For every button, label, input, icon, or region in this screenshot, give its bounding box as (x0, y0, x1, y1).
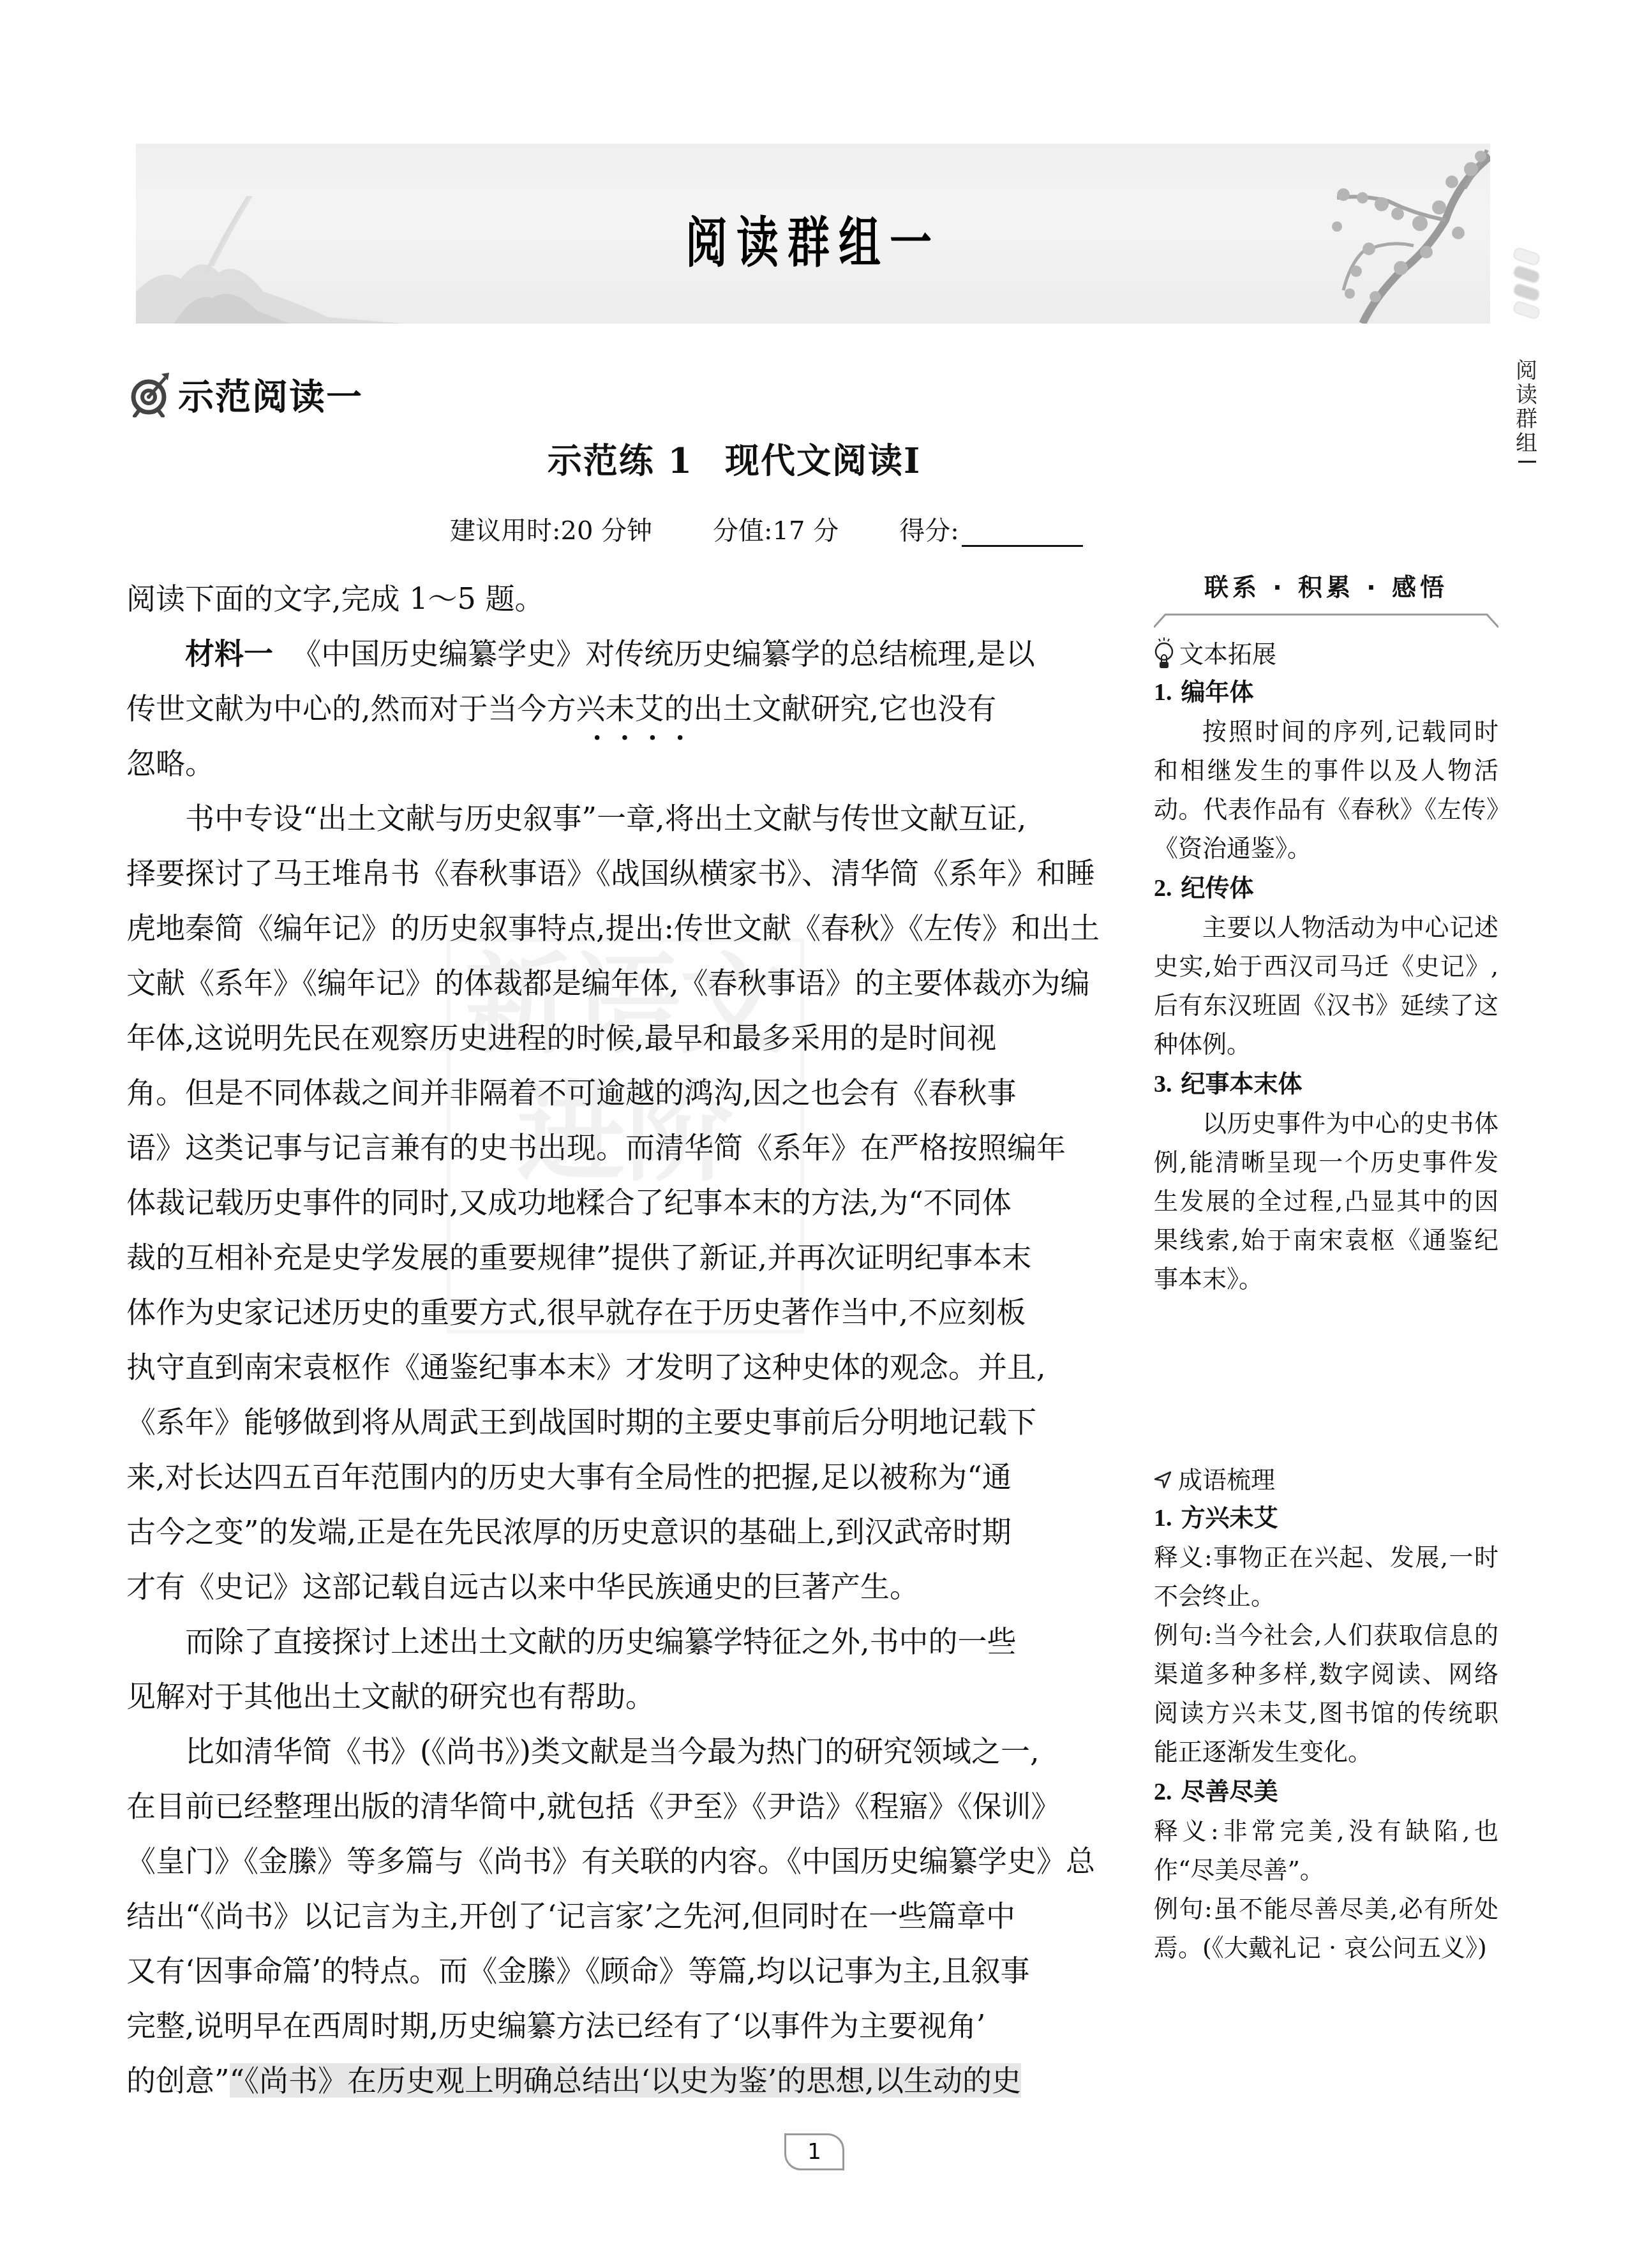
earned-score-field[interactable] (962, 522, 1083, 547)
note-title: 1.编年体 (1154, 672, 1498, 712)
paragraph-line: 而除了直接探讨上述出土文献的历史编纂学特征之外,书中的一些 (126, 1614, 1122, 1669)
side-tab-char: 阅 (1514, 359, 1539, 383)
note-body: 以历史事件为中心的史书体例,能清晰呈现一个历史事件发生发展的全过程,凸显其中的因… (1154, 1104, 1498, 1299)
idiom-meaning: 释义:非常完美,没有缺陷,也作“尽美尽善”。 (1154, 1812, 1498, 1890)
chapter-banner: 阅读群组一 (136, 144, 1490, 324)
note-number: 2. (1154, 875, 1172, 902)
idiom-example: 例句:当今社会,人们获取信息的渠道多种多样,数字阅读、网络阅读方兴未艾,图书馆的… (1154, 1616, 1498, 1772)
earned-score-label: 得分: (899, 516, 959, 546)
idiom-title-text: 尽善尽美 (1181, 1777, 1278, 1805)
note-title: 3.纪事本末体 (1154, 1064, 1498, 1104)
score-value: 分值:17 分 (713, 516, 839, 546)
reading-passage: 阅读下面的文字,完成 1～5 题。 材料一 《中国历史编纂学史》对传统历史编纂学… (126, 571, 1122, 2108)
paragraph-line: 传世文献为中心的,然而对于当今方兴未艾的出土文献研究,它也没有•••• (126, 681, 1122, 736)
idioms-heading: 成语梳理 (1154, 1462, 1498, 1498)
section-heading: 示范阅读一 (131, 369, 363, 420)
paragraph-line: 《系年》能够做到将从周武王到战国时期的主要史事前后分明地记载下 (126, 1394, 1122, 1449)
practice-subject: 现代文阅读Ⅰ (725, 440, 921, 481)
idiom-title-text: 方兴未艾 (1181, 1503, 1278, 1532)
send-arrow-icon (1154, 1470, 1173, 1489)
paragraph-line: 古今之变”的发端,正是在先民浓厚的历史意识的基础上,到汉武帝时期 (126, 1504, 1122, 1559)
highlighted-text: “《尚书》在历史观上明确总结出‘以史为鉴’的思想,以生动的史 (230, 2063, 1021, 2098)
instruction: 阅读下面的文字,完成 1～5 题。 (126, 571, 1122, 626)
paragraph-line: 比如清华简《书》(《尚书》)类文献是当今最为热门的研究领域之一, (126, 1724, 1122, 1779)
note-number: 1. (1154, 679, 1172, 706)
lightbulb-icon (1154, 638, 1174, 671)
paragraph-line: 体作为史家记述历史的重要方式,很早就存在于历史著作当中,不应刻板 (126, 1285, 1122, 1339)
note-body: 按照时间的序列,记载同时和相继发生的事件以及人物活动。代表作品有《春秋》《左传》… (1154, 712, 1498, 868)
note-title: 2.纪传体 (1154, 868, 1498, 908)
exercise-meta: 建议用时:20 分钟分值:17 分得分: (450, 511, 1083, 547)
paragraph-line: 在目前已经整理出版的清华简中,就包括《尹至》《尹诰》《程寤》《保训》 (126, 1779, 1122, 1833)
target-arrow-icon (131, 371, 172, 417)
paragraph-line: 书中专设“出土文献与历史叙事”一章,将出土文献与传世文献互证, (126, 791, 1122, 846)
paragraph-line: 裁的互相补充是史学发展的重要规律”提供了新证,并再次证明纪事本末 (126, 1230, 1122, 1285)
paragraph-line: 语》这类记事与记言兼有的史书出现。而清华简《系年》在严格按照编年 (126, 1120, 1122, 1175)
idioms-title: 成语梳理 (1178, 1462, 1275, 1498)
paragraph-line: 的创意”“《尚书》在历史观上明确总结出‘以史为鉴’的思想,以生动的史 (126, 2053, 1122, 2108)
note-body: 主要以人物活动为中心记述史实,始于西汉司马迁《史记》,后有东汉班固《汉书》延续了… (1154, 908, 1498, 1064)
paragraph-line: 择要探讨了马王堆帛书《春秋事语》《战国纵横家书》、清华简《系年》和睡 (126, 846, 1122, 900)
section-label: 示范阅读一 (178, 369, 363, 420)
idiom-title: 2.尽善尽美 (1154, 1772, 1498, 1812)
suggested-time: 建议用时:20 分钟 (450, 516, 652, 546)
text-span: 《中国历史编纂学史》对传统历史编纂学的总结梳理,是以 (292, 636, 1035, 671)
idiom-number: 1. (1154, 1505, 1172, 1532)
spacer (1154, 1299, 1498, 1458)
paragraph-line: 年体,这说明先民在观察历史进程的时候,最早和最多采用的是时间视 (126, 1010, 1122, 1065)
idiom-number: 2. (1154, 1779, 1172, 1805)
note-title-text: 纪传体 (1181, 874, 1254, 902)
emphasis-dots: •••• (592, 712, 703, 766)
side-tab-char: 群 (1514, 407, 1539, 431)
paragraph-line: 体裁记载历史事件的同时,又成功地糅合了纪事本末的方法,为“不同体 (126, 1175, 1122, 1230)
page-number: 1 (784, 2133, 844, 2170)
idiom-title: 1.方兴未艾 (1154, 1498, 1498, 1538)
banner-title: 阅读群组一 (136, 198, 1490, 278)
sidebar-divider (1154, 607, 1498, 632)
paragraph-line: 结出“《尚书》以记言为主,开创了‘记言家’之先河,但同时在一些篇章中 (126, 1888, 1122, 1943)
practice-number: 示范练 1 (548, 440, 693, 481)
paragraph-line: 文献《系年》《编年记》的体裁都是编年体,《春秋事语》的主要体裁亦为编 (126, 955, 1122, 1010)
material-label: 材料一 (185, 636, 273, 671)
sidebar-header: 联系 · 积累 · 感悟 (1154, 568, 1498, 607)
paragraph-line: 才有《史记》这部记载自远古以来中华民族通史的巨著产生。 (126, 1559, 1122, 1614)
paragraph-line: 见解对于其他出土文献的研究也有帮助。 (126, 1669, 1122, 1724)
practice-title: 示范练 1现代文阅读Ⅰ (0, 434, 1628, 483)
paragraph-line: 《皇门》《金縢》等多篇与《尚书》有关联的内容。《中国历史编纂学史》总 (126, 1833, 1122, 1888)
note-title-text: 纪事本末体 (1181, 1070, 1303, 1098)
sidebar-notes: 联系 · 积累 · 感悟 文本拓展 1.编年体 按照时间的序列,记载同时和相继发… (1154, 562, 1498, 1967)
text-expand-heading: 文本拓展 (1154, 636, 1498, 672)
text-span: 的创意” (126, 2063, 230, 2098)
side-tab-decoration-icon (1511, 246, 1543, 322)
idiom-example: 例句:虽不能尽善尽美,必有所处焉。(《大戴礼记 · 哀公问五义》) (1154, 1890, 1498, 1967)
side-tab-char: 读 (1514, 383, 1539, 407)
paragraph-line: 角。但是不同体裁之间并非隔着不可逾越的鸿沟,因之也会有《春秋事 (126, 1065, 1122, 1120)
paragraph-line: 材料一 《中国历史编纂学史》对传统历史编纂学的总结梳理,是以 (126, 626, 1122, 681)
paragraph-line: 完整,说明早在西周时期,历史编纂方法已经有了‘以事件为主要视角’ (126, 1998, 1122, 2053)
note-title-text: 编年体 (1181, 678, 1254, 706)
paragraph-line: 执守直到南宋袁枢作《通鉴纪事本末》才发明了这种史体的观念。并且, (126, 1339, 1122, 1394)
text-expand-title: 文本拓展 (1179, 636, 1276, 672)
idiom-meaning: 释义:事物正在兴起、发展,一时不会终止。 (1154, 1538, 1498, 1616)
paragraph-line: 又有‘因事命篇’的特点。而《金縢》《顾命》等篇,均以记事为主,且叙事 (126, 1943, 1122, 1998)
note-number: 3. (1154, 1071, 1172, 1098)
text-span: 传世文献为中心的,然而对于当今方兴未艾的出土文献研究,它也没有 (126, 691, 996, 726)
paragraph-line: 来,对长达四五百年范围内的历史大事有全局性的把握,足以被称为“通 (126, 1449, 1122, 1504)
paragraph-line: 虎地秦简《编年记》的历史叙事特点,提出:传世文献《春秋》《左传》和出土 (126, 900, 1122, 955)
